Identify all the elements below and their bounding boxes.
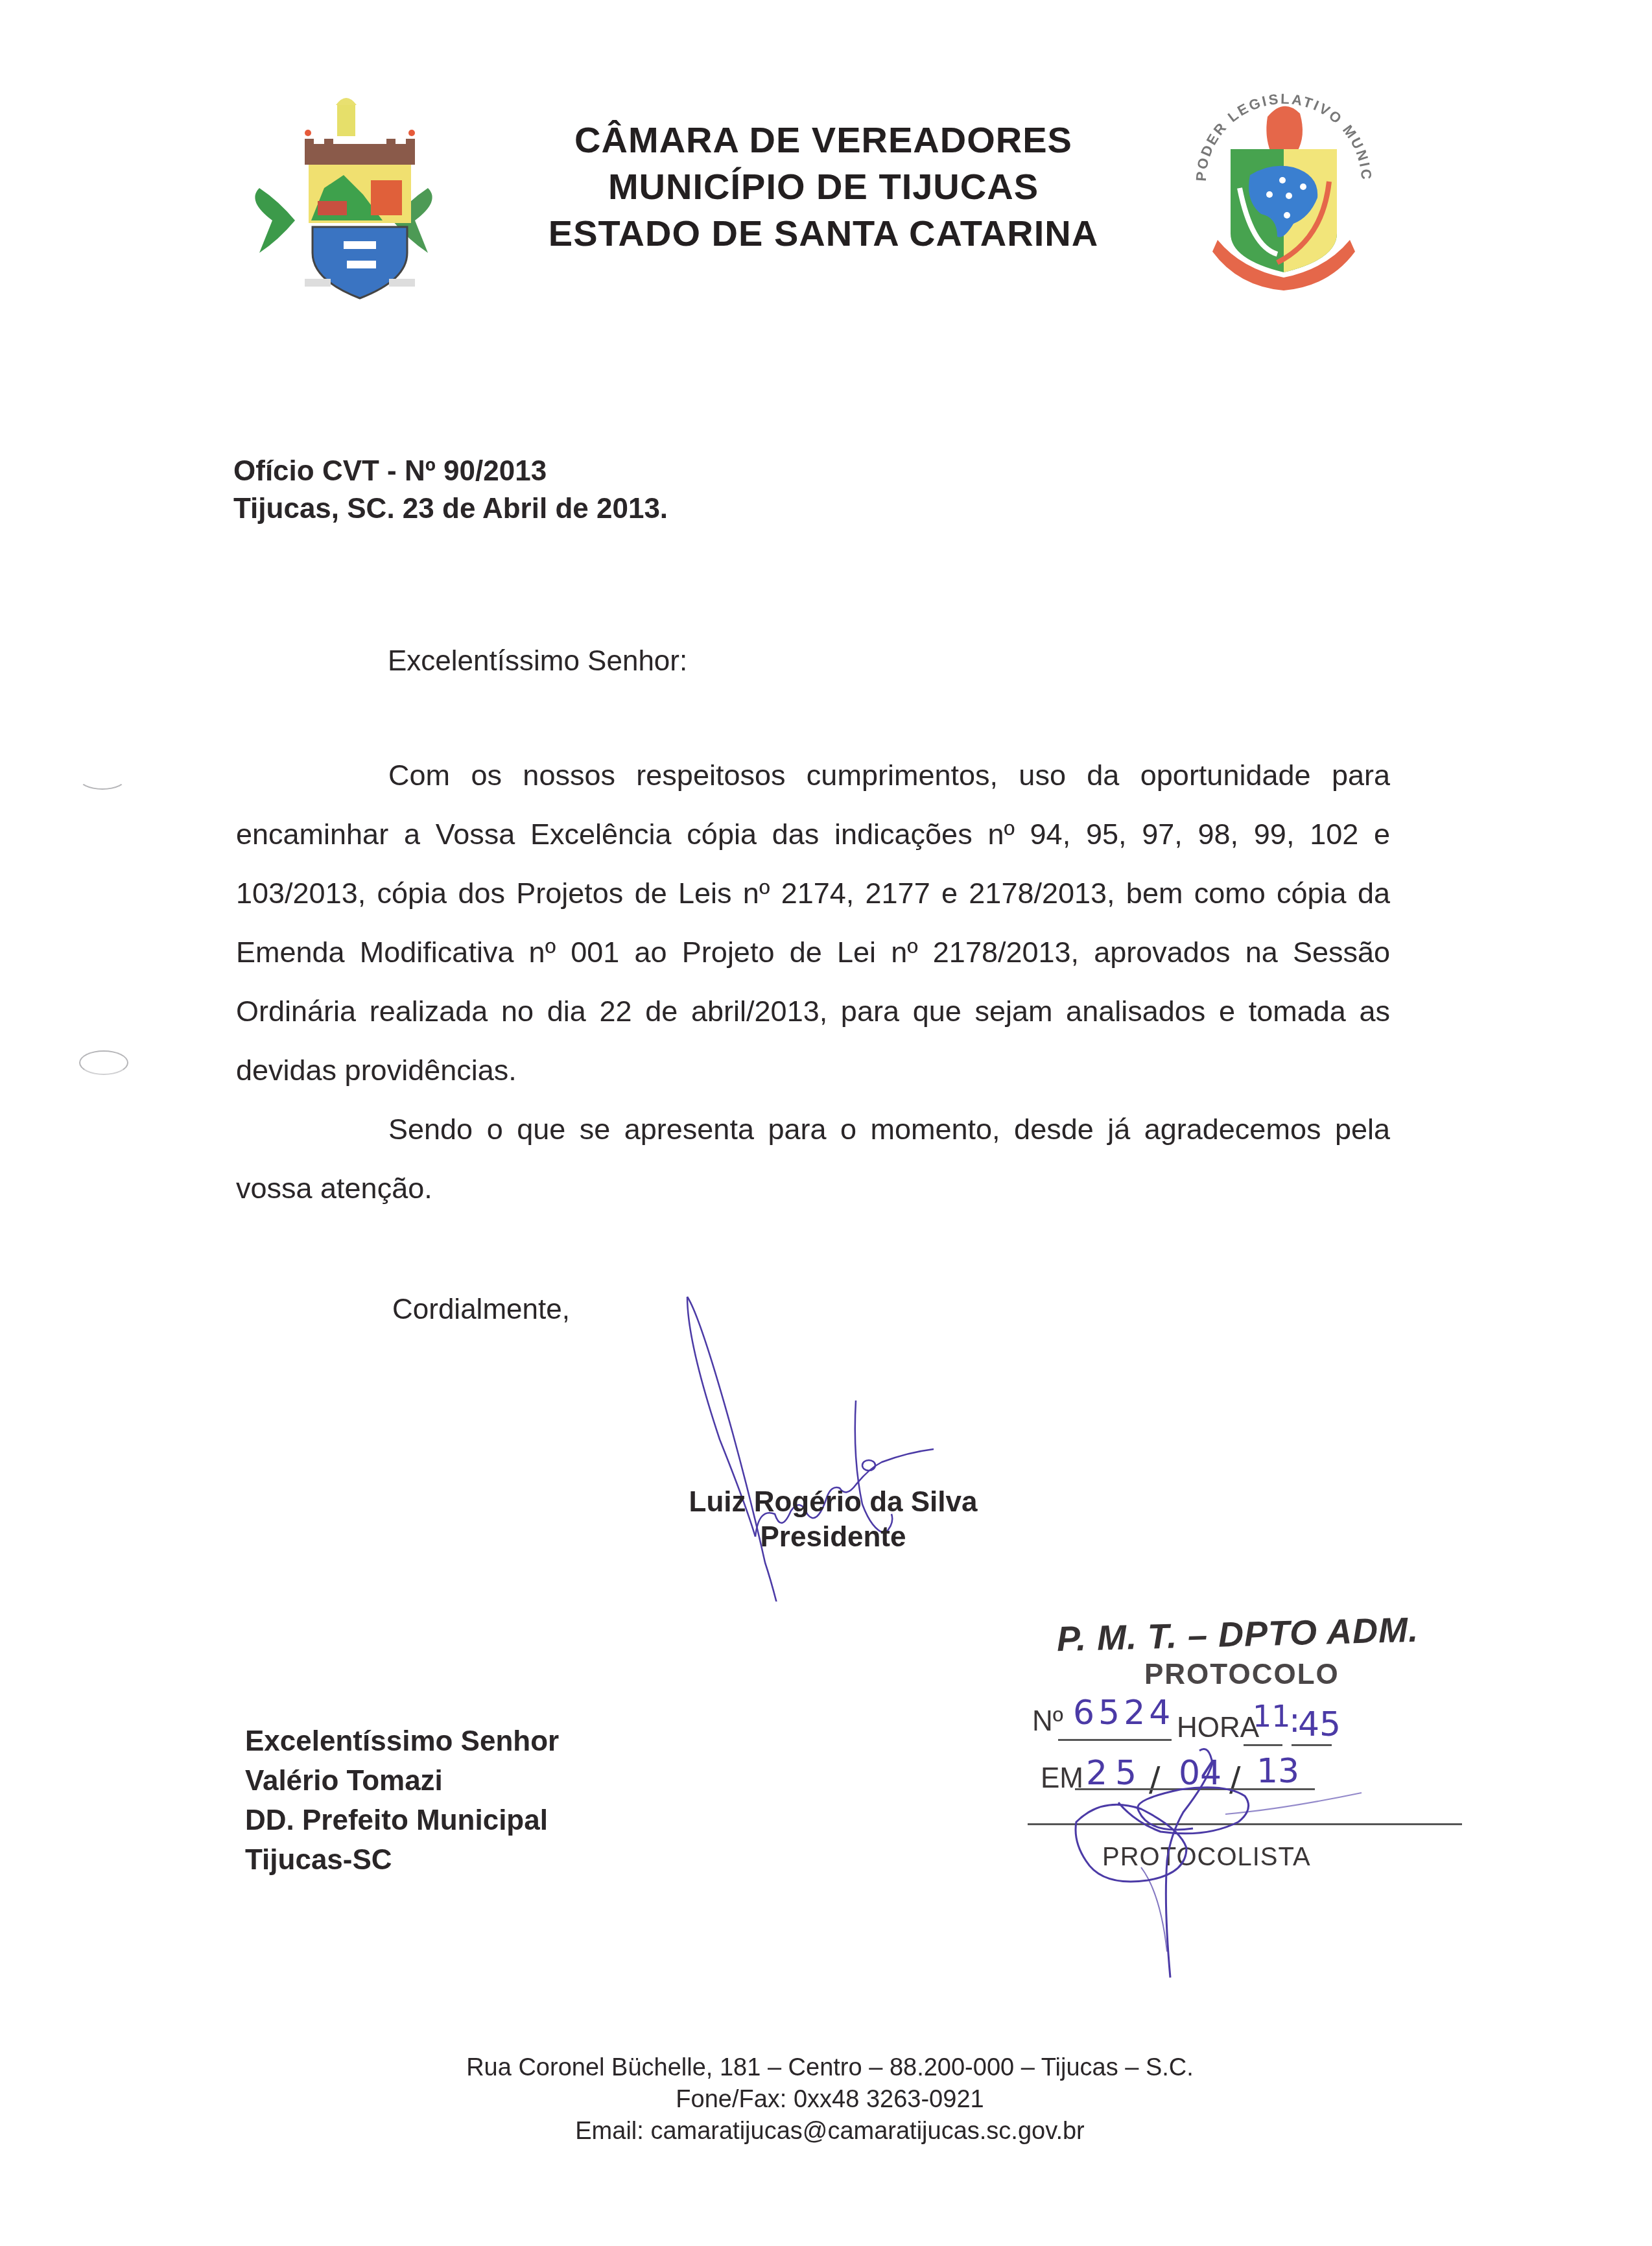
hole-punch-mark	[79, 1050, 128, 1075]
salutation: Excelentíssimo Senhor:	[388, 645, 687, 678]
footer-contact: Rua Coronel Büchelle, 181 – Centro – 88.…	[389, 2052, 1271, 2147]
letterhead: CÂMARA DE VEREADORES MUNICÍPIO DE TIJUCA…	[454, 117, 1193, 257]
footer-address: Rua Coronel Büchelle, 181 – Centro – 88.…	[389, 2052, 1271, 2084]
hole-punch-mark	[78, 765, 127, 790]
footer-email: Email: camaratijucas@camaratijucas.sc.go…	[389, 2116, 1271, 2147]
recipient-location: Tijucas-SC	[245, 1840, 559, 1880]
document-reference: Ofício CVT - Nº 90/2013 Tijucas, SC. 23 …	[233, 453, 668, 528]
document-number: Ofício CVT - Nº 90/2013	[233, 453, 668, 490]
municipal-coat-of-arms-icon	[233, 91, 454, 305]
footer-phone: Fone/Fax: 0xx48 3263-0921	[389, 2084, 1271, 2116]
protocol-stamp: P. M. T. – DPTO ADM. PROTOCOLO Nº 6524 H…	[1011, 1614, 1491, 2004]
letter-body: Com os nossos respeitosos cumprimentos, …	[236, 746, 1390, 1218]
recipient-salutation: Excelentíssimo Senhor	[245, 1721, 559, 1761]
recipient-block: Excelentíssimo Senhor Valério Tomazi DD.…	[245, 1721, 559, 1880]
protocol-signature-icon	[1011, 1614, 1491, 2004]
body-paragraph-1: Com os nossos respeitosos cumprimentos, …	[236, 746, 1390, 1100]
recipient-title: DD. Prefeito Municipal	[245, 1801, 559, 1840]
recipient-name: Valério Tomazi	[245, 1761, 559, 1801]
signature-icon	[661, 1290, 998, 1602]
signer-block: Luiz Rogério da Silva Presidente	[652, 1485, 1015, 1555]
document-place-date: Tijucas, SC. 23 de Abril de 2013.	[233, 490, 668, 528]
signer-title: Presidente	[652, 1520, 1015, 1555]
closing: Cordialmente,	[392, 1294, 570, 1326]
letterhead-institution: CÂMARA DE VEREADORES	[454, 117, 1193, 163]
legislative-seal-icon: PODER LEGISLATIVO MUNICIPAL	[1180, 84, 1387, 292]
letterhead-municipality: MUNICÍPIO DE TIJUCAS	[454, 163, 1193, 210]
body-paragraph-2: Sendo o que se apresenta para o momento,…	[236, 1100, 1390, 1218]
signer-name: Luiz Rogério da Silva	[652, 1485, 1015, 1520]
letterhead-state: ESTADO DE SANTA CATARINA	[454, 210, 1193, 257]
